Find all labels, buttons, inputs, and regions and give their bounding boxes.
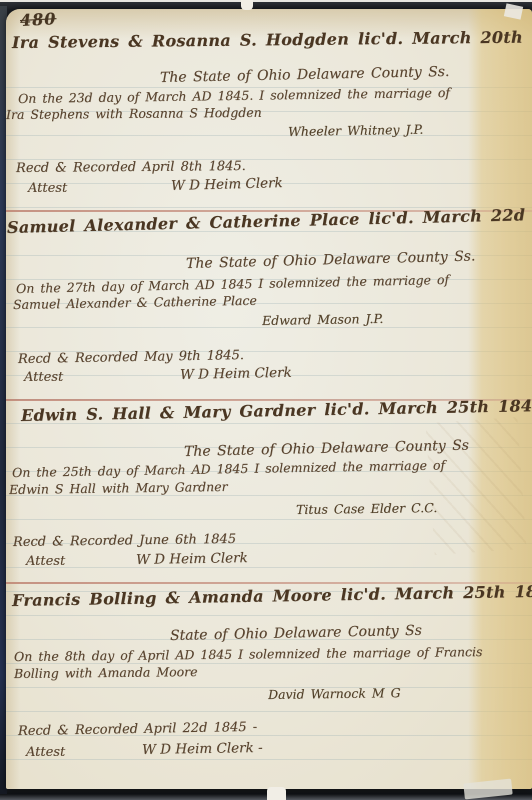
attest-label: Attest: [26, 745, 65, 760]
page-number: 480: [20, 9, 57, 30]
clerk-signature: W D Heim Clerk -: [142, 740, 263, 758]
clerk-signature: W D Heim Clerk: [136, 550, 248, 568]
certificate-line-2: Ira Stephens with Rosanna S Hodgden: [6, 105, 262, 122]
clerk-signature: W D Heim Clerk: [180, 365, 292, 383]
clerk-signature: W D Heim Clerk: [171, 175, 283, 194]
certificate-line-2: Bolling with Amanda Moore: [14, 664, 198, 681]
officiant-signature: Titus Case Elder C.C.: [296, 500, 437, 517]
photo-backdrop: 480 Ira Stevens & Rosanna S. Hodgden lic…: [0, 0, 532, 800]
attest-label: Attest: [26, 554, 65, 569]
recorded-line: Recd & Recorded June 6th 1845: [13, 532, 236, 550]
recorded-line: Recd & Recorded April 8th 1845.: [16, 159, 246, 176]
ledger-page: 480 Ira Stevens & Rosanna S. Hodgden lic…: [6, 9, 532, 789]
certificate-line-2: Edwin S Hall with Mary Gardner: [9, 479, 228, 497]
bottom-notch: [267, 787, 286, 800]
attest-label: Attest: [28, 181, 67, 196]
attest-label: Attest: [24, 370, 63, 385]
tape-bottom-right: [463, 779, 512, 800]
officiant-signature: David Warnock M G: [268, 685, 401, 702]
officiant-signature: Wheeler Whitney J.P.: [288, 122, 424, 139]
officiant-signature: Edward Mason J.P.: [262, 311, 384, 328]
top-notch: [241, 0, 253, 10]
